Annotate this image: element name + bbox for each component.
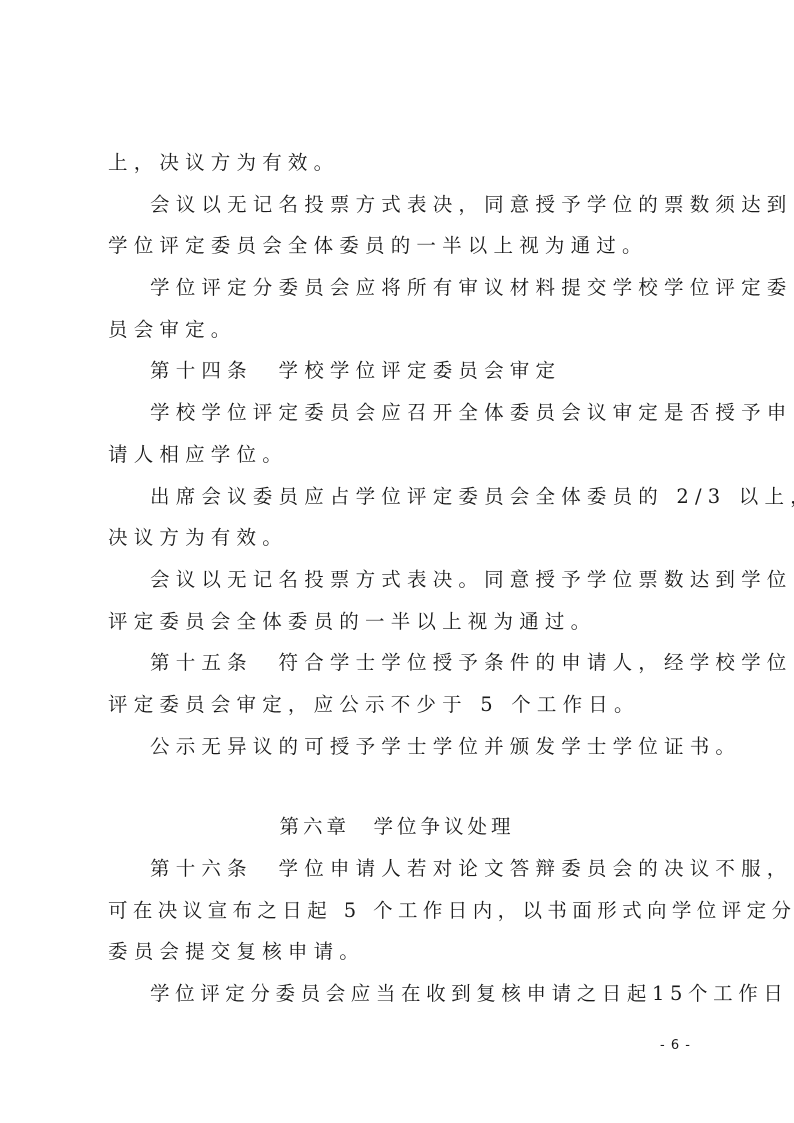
article-heading-16: 第十六条 学位申请人若对论文答辩委员会的决议不服，	[150, 856, 730, 882]
paragraph-line: 学位评定委员会全体委员的一半以上视为通过。	[108, 233, 688, 259]
article-heading-14: 第十四条 学校学位评定委员会审定	[150, 358, 730, 384]
document-page: 上，决议方为有效。 会议以无记名投票方式表决，同意授予学位的票数须达到 学位评定…	[0, 0, 794, 1123]
chapter-heading: 第六章 学位争议处理	[0, 814, 794, 840]
paragraph-line: 请人相应学位。	[108, 442, 688, 468]
paragraph-line: 公示无异议的可授予学士学位并颁发学士学位证书。	[150, 734, 730, 760]
paragraph-line: 学校学位评定委员会应召开全体委员会议审定是否授予申	[150, 400, 730, 426]
paragraph-line: 评定委员会全体委员的一半以上视为通过。	[108, 609, 688, 635]
paragraph-line: 决议方为有效。	[108, 525, 688, 551]
paragraph-line: 评定委员会审定，应公示不少于 5 个工作日。	[108, 692, 688, 718]
page-number: - 6 -	[660, 1038, 691, 1053]
article-heading-15: 第十五条 符合学士学位授予条件的申请人，经学校学位	[150, 650, 730, 676]
paragraph-line: 上，决议方为有效。	[108, 150, 688, 176]
paragraph-line: 委员会提交复核申请。	[108, 939, 688, 965]
paragraph-line: 学位评定分委员会应将所有审议材料提交学校学位评定委	[150, 275, 730, 301]
paragraph-line: 会议以无记名投票方式表决。同意授予学位票数达到学位	[150, 567, 730, 593]
paragraph-line: 出席会议委员应占学位评定委员会全体委员的 2/3 以上，	[150, 484, 730, 510]
paragraph-line: 学位评定分委员会应当在收到复核申请之日起15个工作日	[150, 981, 730, 1007]
paragraph-line: 员会审定。	[108, 317, 688, 343]
paragraph-line: 会议以无记名投票方式表决，同意授予学位的票数须达到	[150, 192, 730, 218]
paragraph-line: 可在决议宣布之日起 5 个工作日内，以书面形式向学位评定分	[108, 898, 688, 924]
